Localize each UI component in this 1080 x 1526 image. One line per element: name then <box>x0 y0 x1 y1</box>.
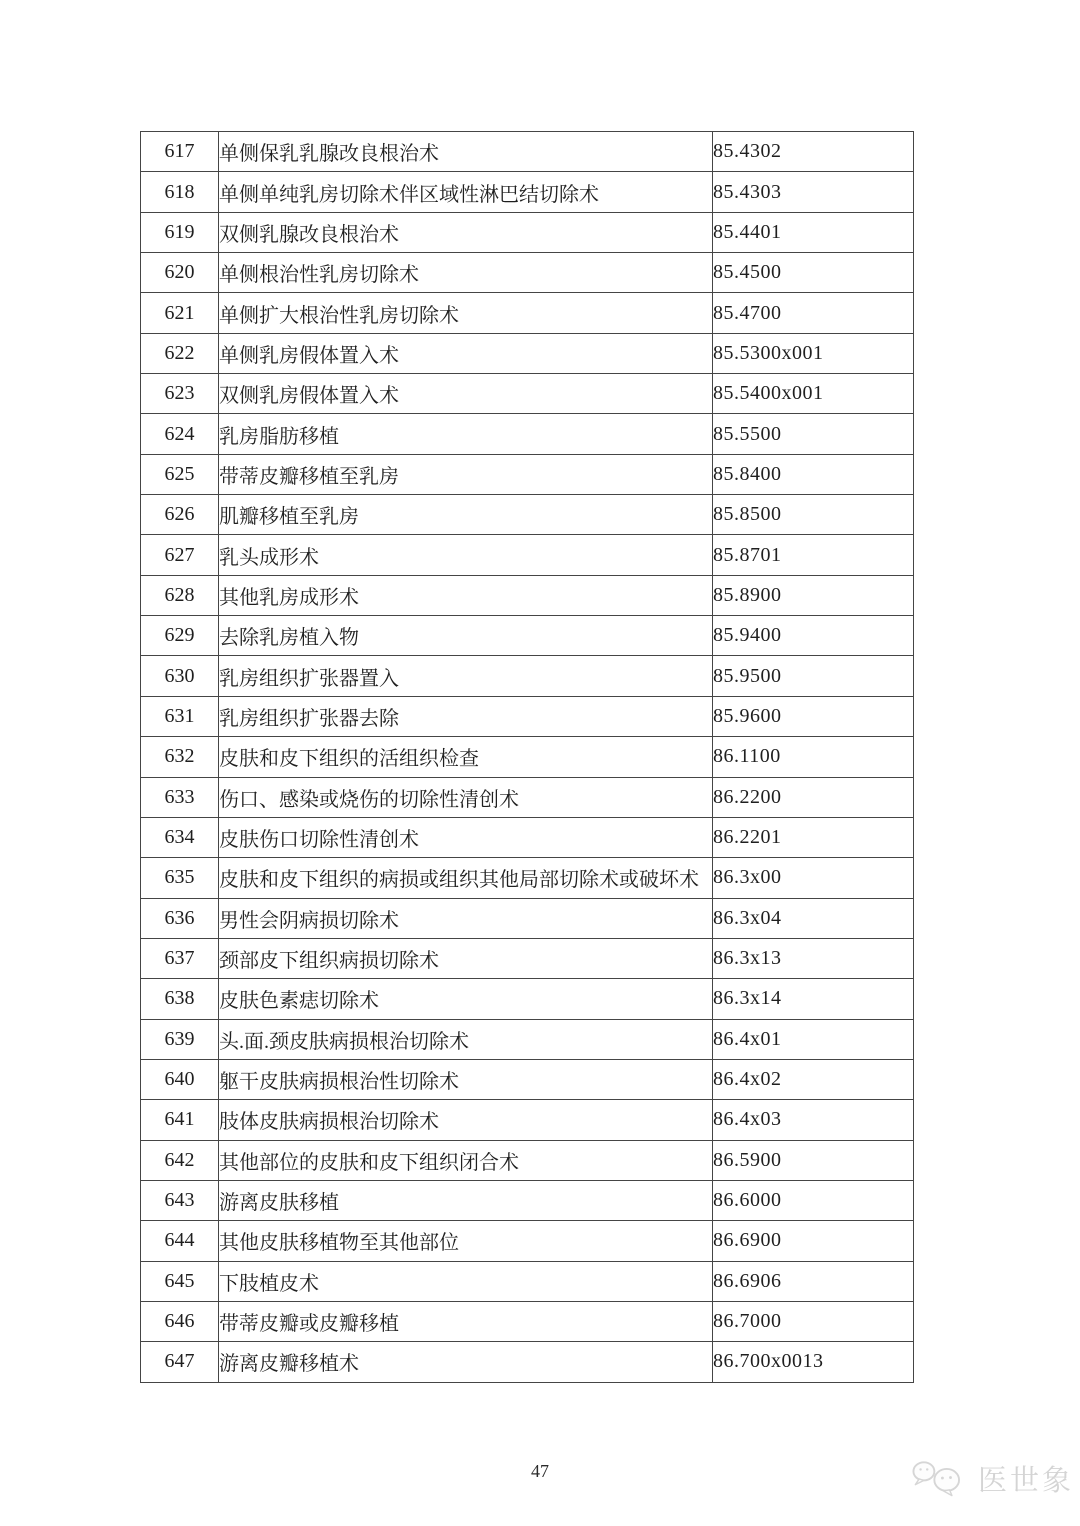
procedure-code-cell: 85.8900 <box>713 575 914 615</box>
procedure-code-table-body: 617 单侧保乳乳腺改良根治术 85.4302 618 单侧单纯乳房切除术伴区域… <box>141 132 914 1383</box>
table-row: 645 下肢植皮术 86.6906 <box>141 1261 914 1301</box>
publisher-watermark: 医世象 <box>910 1459 1074 1502</box>
row-number-cell: 645 <box>141 1261 219 1301</box>
table-row: 634 皮肤伤口切除性清创术 86.2201 <box>141 817 914 857</box>
table-row: 622 单侧乳房假体置入术 85.5300x001 <box>141 333 914 373</box>
row-number-cell: 638 <box>141 979 219 1019</box>
procedure-code-cell: 86.7000 <box>713 1301 914 1341</box>
table-row: 632 皮肤和皮下组织的活组织检查 86.1100 <box>141 737 914 777</box>
procedure-code-cell: 85.5300x001 <box>713 333 914 373</box>
procedure-name-cell: 去除乳房植入物 <box>219 616 713 656</box>
row-number-cell: 631 <box>141 696 219 736</box>
row-number-cell: 647 <box>141 1342 219 1382</box>
procedure-code-cell: 85.4500 <box>713 253 914 293</box>
procedure-code-cell: 85.8500 <box>713 495 914 535</box>
procedure-code-cell: 85.9600 <box>713 696 914 736</box>
procedure-name-cell: 双侧乳腺改良根治术 <box>219 212 713 252</box>
table-row: 633 伤口、感染或烧伤的切除性清创术 86.2200 <box>141 777 914 817</box>
procedure-name-cell: 单侧根治性乳房切除术 <box>219 253 713 293</box>
procedure-code-cell: 86.4x02 <box>713 1059 914 1099</box>
row-number-cell: 643 <box>141 1180 219 1220</box>
row-number-cell: 630 <box>141 656 219 696</box>
procedure-name-cell: 皮肤伤口切除性清创术 <box>219 817 713 857</box>
procedure-code-cell: 85.8400 <box>713 454 914 494</box>
table-row: 626 肌瓣移植至乳房 85.8500 <box>141 495 914 535</box>
watermark-label: 医世象 <box>978 1462 1074 1500</box>
row-number-cell: 622 <box>141 333 219 373</box>
procedure-name-cell: 乳房脂肪移植 <box>219 414 713 454</box>
procedure-name-cell: 乳房组织扩张器去除 <box>219 696 713 736</box>
procedure-name-cell: 单侧乳房假体置入术 <box>219 333 713 373</box>
row-number-cell: 623 <box>141 374 219 414</box>
table-row: 620 单侧根治性乳房切除术 85.4500 <box>141 253 914 293</box>
table-row: 629 去除乳房植入物 85.9400 <box>141 616 914 656</box>
table-row: 625 带蒂皮瓣移植至乳房 85.8400 <box>141 454 914 494</box>
procedure-name-cell: 其他部位的皮肤和皮下组织闭合术 <box>219 1140 713 1180</box>
table-row: 641 肢体皮肤病损根治切除术 86.4x03 <box>141 1100 914 1140</box>
row-number-cell: 642 <box>141 1140 219 1180</box>
procedure-name-cell: 双侧乳房假体置入术 <box>219 374 713 414</box>
procedure-code-cell: 85.5500 <box>713 414 914 454</box>
procedure-code-cell: 86.5900 <box>713 1140 914 1180</box>
procedure-name-cell: 皮肤和皮下组织的病损或组织其他局部切除术或破坏术 <box>219 858 713 898</box>
row-number-cell: 641 <box>141 1100 219 1140</box>
table-row: 637 颈部皮下组织病损切除术 86.3x13 <box>141 938 914 978</box>
procedure-code-cell: 86.1100 <box>713 737 914 777</box>
row-number-cell: 633 <box>141 777 219 817</box>
procedure-name-cell: 下肢植皮术 <box>219 1261 713 1301</box>
table-row: 636 男性会阴病损切除术 86.3x04 <box>141 898 914 938</box>
row-number-cell: 628 <box>141 575 219 615</box>
procedure-code-cell: 86.6906 <box>713 1261 914 1301</box>
table-row: 639 头.面.颈皮肤病损根治切除术 86.4x01 <box>141 1019 914 1059</box>
procedure-name-cell: 单侧扩大根治性乳房切除术 <box>219 293 713 333</box>
procedure-code-cell: 86.4x01 <box>713 1019 914 1059</box>
procedure-name-cell: 躯干皮肤病损根治性切除术 <box>219 1059 713 1099</box>
procedure-code-cell: 85.4302 <box>713 132 914 172</box>
row-number-cell: 637 <box>141 938 219 978</box>
procedure-code-cell: 86.2200 <box>713 777 914 817</box>
procedure-code-cell: 85.4700 <box>713 293 914 333</box>
procedure-code-cell: 85.9500 <box>713 656 914 696</box>
row-number-cell: 621 <box>141 293 219 333</box>
procedure-code-table: 617 单侧保乳乳腺改良根治术 85.4302 618 单侧单纯乳房切除术伴区域… <box>140 131 914 1383</box>
table-row: 643 游离皮肤移植 86.6000 <box>141 1180 914 1220</box>
row-number-cell: 646 <box>141 1301 219 1341</box>
table-row: 631 乳房组织扩张器去除 85.9600 <box>141 696 914 736</box>
procedure-name-cell: 游离皮瓣移植术 <box>219 1342 713 1382</box>
procedure-code-cell: 85.4303 <box>713 172 914 212</box>
procedure-name-cell: 其他乳房成形术 <box>219 575 713 615</box>
row-number-cell: 620 <box>141 253 219 293</box>
row-number-cell: 617 <box>141 132 219 172</box>
procedure-code-cell: 86.3x00 <box>713 858 914 898</box>
table-row: 628 其他乳房成形术 85.8900 <box>141 575 914 615</box>
row-number-cell: 639 <box>141 1019 219 1059</box>
row-number-cell: 625 <box>141 454 219 494</box>
procedure-name-cell: 游离皮肤移植 <box>219 1180 713 1220</box>
table-row: 618 单侧单纯乳房切除术伴区域性淋巴结切除术 85.4303 <box>141 172 914 212</box>
table-row: 619 双侧乳腺改良根治术 85.4401 <box>141 212 914 252</box>
row-number-cell: 635 <box>141 858 219 898</box>
table-row: 640 躯干皮肤病损根治性切除术 86.4x02 <box>141 1059 914 1099</box>
procedure-name-cell: 带蒂皮瓣或皮瓣移植 <box>219 1301 713 1341</box>
procedure-code-cell: 86.3x13 <box>713 938 914 978</box>
procedure-name-cell: 男性会阴病损切除术 <box>219 898 713 938</box>
table-row: 646 带蒂皮瓣或皮瓣移植 86.7000 <box>141 1301 914 1341</box>
procedure-code-cell: 86.6000 <box>713 1180 914 1220</box>
row-number-cell: 626 <box>141 495 219 535</box>
table-row: 627 乳头成形术 85.8701 <box>141 535 914 575</box>
table-row: 623 双侧乳房假体置入术 85.5400x001 <box>141 374 914 414</box>
row-number-cell: 629 <box>141 616 219 656</box>
procedure-code-cell: 86.4x03 <box>713 1100 914 1140</box>
procedure-code-cell: 86.3x14 <box>713 979 914 1019</box>
procedure-code-cell: 86.6900 <box>713 1221 914 1261</box>
table-row: 635 皮肤和皮下组织的病损或组织其他局部切除术或破坏术 86.3x00 <box>141 858 914 898</box>
row-number-cell: 636 <box>141 898 219 938</box>
row-number-cell: 644 <box>141 1221 219 1261</box>
table-row: 647 游离皮瓣移植术 86.700x0013 <box>141 1342 914 1382</box>
table-row: 642 其他部位的皮肤和皮下组织闭合术 86.5900 <box>141 1140 914 1180</box>
procedure-name-cell: 颈部皮下组织病损切除术 <box>219 938 713 978</box>
row-number-cell: 640 <box>141 1059 219 1099</box>
row-number-cell: 632 <box>141 737 219 777</box>
procedure-name-cell: 其他皮肤移植物至其他部位 <box>219 1221 713 1261</box>
procedure-code-cell: 85.9400 <box>713 616 914 656</box>
procedure-name-cell: 伤口、感染或烧伤的切除性清创术 <box>219 777 713 817</box>
table-row: 617 单侧保乳乳腺改良根治术 85.4302 <box>141 132 914 172</box>
table-row: 630 乳房组织扩张器置入 85.9500 <box>141 656 914 696</box>
table-row: 638 皮肤色素痣切除术 86.3x14 <box>141 979 914 1019</box>
wechat-chat-bubbles-icon <box>910 1459 972 1502</box>
table-row: 624 乳房脂肪移植 85.5500 <box>141 414 914 454</box>
procedure-code-cell: 85.5400x001 <box>713 374 914 414</box>
row-number-cell: 634 <box>141 817 219 857</box>
document-page: 617 单侧保乳乳腺改良根治术 85.4302 618 单侧单纯乳房切除术伴区域… <box>0 0 1080 1526</box>
procedure-code-cell: 85.4401 <box>713 212 914 252</box>
procedure-code-cell: 86.700x0013 <box>713 1342 914 1382</box>
procedure-name-cell: 皮肤和皮下组织的活组织检查 <box>219 737 713 777</box>
procedure-name-cell: 带蒂皮瓣移植至乳房 <box>219 454 713 494</box>
procedure-name-cell: 单侧保乳乳腺改良根治术 <box>219 132 713 172</box>
procedure-name-cell: 单侧单纯乳房切除术伴区域性淋巴结切除术 <box>219 172 713 212</box>
procedure-name-cell: 肢体皮肤病损根治切除术 <box>219 1100 713 1140</box>
procedure-name-cell: 乳房组织扩张器置入 <box>219 656 713 696</box>
procedure-name-cell: 皮肤色素痣切除术 <box>219 979 713 1019</box>
procedure-name-cell: 乳头成形术 <box>219 535 713 575</box>
procedure-name-cell: 头.面.颈皮肤病损根治切除术 <box>219 1019 713 1059</box>
row-number-cell: 627 <box>141 535 219 575</box>
row-number-cell: 619 <box>141 212 219 252</box>
table-row: 644 其他皮肤移植物至其他部位 86.6900 <box>141 1221 914 1261</box>
row-number-cell: 618 <box>141 172 219 212</box>
row-number-cell: 624 <box>141 414 219 454</box>
procedure-code-cell: 86.2201 <box>713 817 914 857</box>
procedure-code-cell: 85.8701 <box>713 535 914 575</box>
procedure-name-cell: 肌瓣移植至乳房 <box>219 495 713 535</box>
table-row: 621 单侧扩大根治性乳房切除术 85.4700 <box>141 293 914 333</box>
procedure-code-cell: 86.3x04 <box>713 898 914 938</box>
